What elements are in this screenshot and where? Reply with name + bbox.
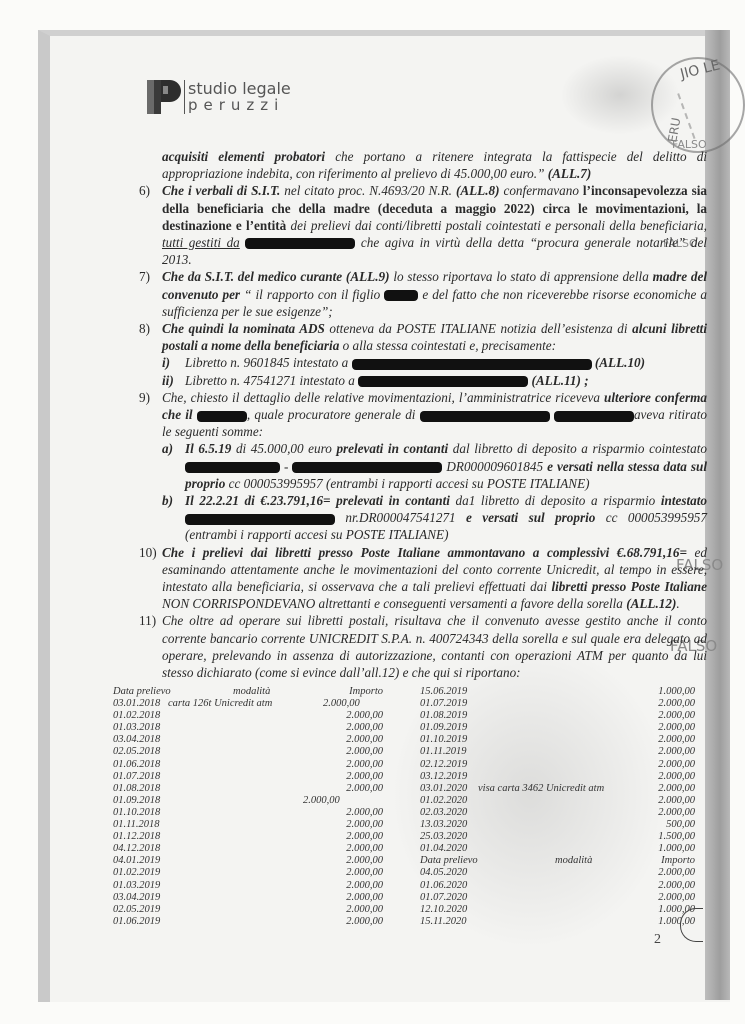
cell-date: 12.10.2020	[420, 904, 467, 916]
cell-amount: 2.000,00	[658, 771, 695, 783]
cell-amount: 2.000,00	[658, 807, 695, 819]
cell-amount: 2.000,00	[658, 783, 695, 795]
logo-line-1: studio legale	[188, 80, 291, 97]
table-row: 04.12.20182.000,00	[113, 843, 403, 855]
cell-amount: 2.000,00	[323, 698, 360, 710]
cell-date: 01.11.2018	[113, 819, 159, 831]
cell-mode: carta 126t Unicredit atm	[168, 698, 272, 710]
table-row: 01.04.20201.000,00	[420, 843, 695, 855]
intro-paragraph: acquisiti elementi probatori che portano…	[139, 148, 707, 182]
withdrawal-item-b: b) Il 22.2.21 di €.23.791,16= prelevati …	[139, 492, 707, 544]
table-row: 01.02.20192.000,00	[113, 867, 403, 879]
table-row: 01.08.20182.000,00	[113, 783, 403, 795]
logo-line-2: peruzzi	[188, 97, 291, 114]
cell-amount: 2.000,00	[658, 698, 695, 710]
cell-date: 03.04.2019	[113, 892, 160, 904]
paragraph-11: 11) Che oltre ad operare sui libretti po…	[139, 612, 707, 681]
cell-date: 01.07.2019	[420, 698, 467, 710]
cell-date: 01.02.2020	[420, 795, 467, 807]
cell-date: 02.03.2020	[420, 807, 467, 819]
cell-date: 25.03.2020	[420, 831, 467, 843]
redacted-name	[358, 376, 528, 387]
redacted-name	[197, 411, 247, 422]
redacted-name	[352, 359, 592, 370]
cell-amount: 2.000,00	[658, 746, 695, 758]
cell-date: 01.07.2020	[420, 892, 467, 904]
logo-p-icon	[147, 80, 181, 114]
table-row: 02.05.20182.000,00	[113, 746, 403, 758]
cell-amount: 2.000,00	[658, 759, 695, 771]
libretto-item: i) Libretto n. 9601845 intestato a (ALL.…	[139, 354, 707, 371]
cell-date: 13.03.2020	[420, 819, 467, 831]
cell-date: 01.07.2018	[113, 771, 160, 783]
table-row: 01.09.20192.000,00	[420, 722, 695, 734]
cell-date: Data prelievo	[420, 855, 478, 867]
table-row: 15.06.20191.000,00	[420, 686, 695, 698]
cell-amount: 1.000,00	[658, 843, 695, 855]
redacted-name	[384, 290, 418, 301]
cell-amount: 2.000,00	[303, 795, 340, 807]
cell-date: 02.05.2018	[113, 746, 160, 758]
cell-amount: 2.000,00	[346, 880, 383, 892]
cell-date: 15.11.2020	[420, 916, 466, 928]
table-row: 03.01.2020visa carta 3462 Unicredit atm2…	[420, 783, 695, 795]
cell-date: 01.03.2018	[113, 722, 160, 734]
cell-date: 01.02.2018	[113, 710, 160, 722]
withdrawals-table-right: 15.06.20191.000,0001.07.20192.000,0001.0…	[420, 686, 695, 928]
table-row: 01.07.20192.000,00	[420, 698, 695, 710]
cell-date: 02.05.2019	[113, 904, 160, 916]
table-row: 01.11.20192.000,00	[420, 746, 695, 758]
cell-amount: 2.000,00	[346, 722, 383, 734]
cell-amount: 2.000,00	[658, 734, 695, 746]
table-row: 02.12.20192.000,00	[420, 759, 695, 771]
table-row: 03.01.2018carta 126t Unicredit atm2.000,…	[113, 698, 403, 710]
redacted-name	[185, 462, 280, 473]
table-header-row: Data prelievo modalità Importo	[113, 686, 403, 698]
cell-date: 01.09.2019	[420, 722, 467, 734]
cell-amount: 2.000,00	[346, 855, 383, 867]
document-body: acquisiti elementi probatori che portano…	[139, 148, 707, 681]
table-row: 04.01.20192.000,00	[113, 855, 403, 867]
table-row: 02.03.20202.000,00	[420, 807, 695, 819]
cell-date: 15.06.2019	[420, 686, 467, 698]
table-row: 01.02.20182.000,00	[113, 710, 403, 722]
cell-amount: 2.000,00	[346, 734, 383, 746]
cell-amount: 500,00	[666, 819, 695, 831]
cell-amount: Importo	[661, 855, 695, 867]
paragraph-10: 10) Che i prelievi dai libretti presso P…	[139, 544, 707, 613]
table-row: 03.04.20192.000,00	[113, 892, 403, 904]
table-row: 02.05.20192.000,00	[113, 904, 403, 916]
cell-date: 01.08.2019	[420, 710, 467, 722]
firm-logo: studio legale peruzzi	[147, 80, 291, 114]
table-row: 01.06.20202.000,00	[420, 880, 695, 892]
cell-amount: 2.000,00	[346, 831, 383, 843]
table-row: 01.11.20182.000,00	[113, 819, 403, 831]
page-number: 2	[654, 932, 661, 948]
redacted-name	[185, 514, 335, 525]
table-row: 01.08.20192.000,00	[420, 710, 695, 722]
cell-amount: 2.000,00	[346, 783, 383, 795]
cell-amount: 2.000,00	[346, 843, 383, 855]
staple-mark-icon	[680, 908, 703, 942]
redacted-name	[245, 238, 355, 249]
paragraph-7: 7) Che da S.I.T. del medico curante (ALL…	[139, 268, 707, 320]
cell-date: 01.12.2018	[113, 831, 160, 843]
cell-amount: 1.000,00	[658, 686, 695, 698]
cell-amount: 2.000,00	[658, 710, 695, 722]
cell-amount: 1.500,00	[658, 831, 695, 843]
redacted-name	[554, 411, 634, 422]
table-row: 01.03.20192.000,00	[113, 880, 403, 892]
cell-date: 01.04.2020	[420, 843, 467, 855]
cell-amount: 2.000,00	[658, 880, 695, 892]
cell-amount: 2.000,00	[346, 710, 383, 722]
table-row: 01.09.20182.000,00	[113, 795, 403, 807]
table-row: 01.10.20192.000,00	[420, 734, 695, 746]
cell-amount: 2.000,00	[346, 771, 383, 783]
cell-amount: 2.000,00	[346, 916, 383, 928]
cell-date: 01.10.2019	[420, 734, 467, 746]
cell-date: 04.01.2019	[113, 855, 160, 867]
table-row: 13.03.2020500,00	[420, 819, 695, 831]
cell-amount: 2.000,00	[658, 892, 695, 904]
cell-amount: 2.000,00	[346, 892, 383, 904]
cell-mode: modalità	[555, 855, 592, 867]
table-row: 01.10.20182.000,00	[113, 807, 403, 819]
redacted-name	[292, 462, 442, 473]
cell-date: 03.12.2019	[420, 771, 467, 783]
cell-date: 03.01.2020	[420, 783, 467, 795]
withdrawals-table-left: Data prelievo modalità Importo 03.01.201…	[113, 686, 403, 928]
cell-amount: 2.000,00	[346, 759, 383, 771]
table-row: 01.12.20182.000,00	[113, 831, 403, 843]
cell-date: 01.06.2019	[113, 916, 160, 928]
cell-amount: 2.000,00	[658, 722, 695, 734]
cell-amount: 2.000,00	[346, 904, 383, 916]
cell-date: 03.01.2018	[113, 698, 160, 710]
paragraph-6: 6) Che i verbali di S.I.T. nel citato pr…	[139, 182, 707, 268]
cell-date: 01.09.2018	[113, 795, 160, 807]
table-row: 01.02.20202.000,00	[420, 795, 695, 807]
withdrawal-item-a: a) Il 6.5.19 di 45.000,00 euro prelevati…	[139, 440, 707, 492]
redacted-name	[420, 411, 550, 422]
cell-date: 04.05.2020	[420, 867, 467, 879]
table-row: 01.06.20192.000,00	[113, 916, 403, 928]
table-row: 04.05.20202.000,00	[420, 867, 695, 879]
table-row: 01.03.20182.000,00	[113, 722, 403, 734]
cell-amount: 2.000,00	[658, 867, 695, 879]
table-header-row: Data prelievomodalitàImporto	[420, 855, 695, 867]
table-row: 01.07.20182.000,00	[113, 771, 403, 783]
cell-date: 01.11.2019	[420, 746, 466, 758]
scan-shadow-band	[705, 30, 730, 1000]
cell-amount: 2.000,00	[346, 867, 383, 879]
table-row: 01.06.20182.000,00	[113, 759, 403, 771]
cell-amount: 2.000,00	[658, 795, 695, 807]
cell-amount: 2.000,00	[346, 819, 383, 831]
cell-date: 01.06.2018	[113, 759, 160, 771]
cell-date: 04.12.2018	[113, 843, 160, 855]
cell-date: 01.06.2020	[420, 880, 467, 892]
paragraph-9: 9) Che, chiesto il dettaglio delle relat…	[139, 389, 707, 441]
table-row: 03.04.20182.000,00	[113, 734, 403, 746]
table-row: 12.10.20201.000,00	[420, 904, 695, 916]
cell-amount: 2.000,00	[346, 746, 383, 758]
table-row: 25.03.20201.500,00	[420, 831, 695, 843]
cell-amount: 2.000,00	[346, 807, 383, 819]
table-row: 03.12.20192.000,00	[420, 771, 695, 783]
cell-mode: visa carta 3462 Unicredit atm	[478, 783, 604, 795]
cell-date: 03.04.2018	[113, 734, 160, 746]
cell-date: 01.08.2018	[113, 783, 160, 795]
libretto-item: ii) Libretto n. 47541271 intestato a (AL…	[139, 372, 707, 389]
cell-date: 01.03.2019	[113, 880, 160, 892]
table-row: 15.11.20201.000,00	[420, 916, 695, 928]
paragraph-8: 8) Che quindi la nominata ADS otteneva d…	[139, 320, 707, 354]
cell-date: 01.02.2019	[113, 867, 160, 879]
cell-date: 02.12.2019	[420, 759, 467, 771]
cell-date: 01.10.2018	[113, 807, 160, 819]
table-row: 01.07.20202.000,00	[420, 892, 695, 904]
